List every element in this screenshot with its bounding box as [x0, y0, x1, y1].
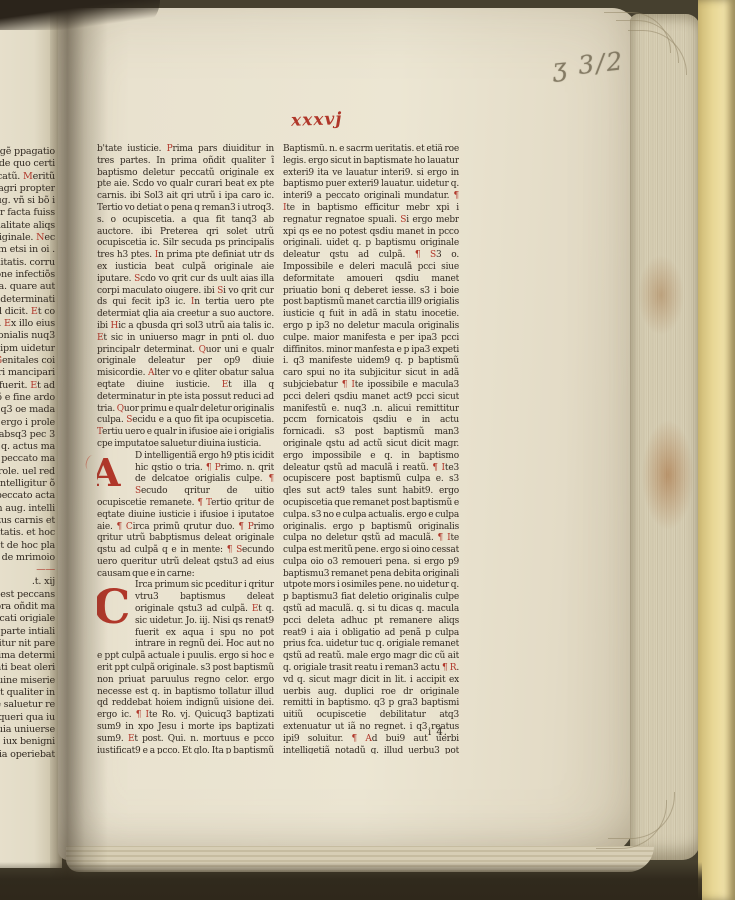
body-text: rima determi — [0, 650, 55, 661]
right-text-column: Baptismũ. n. e sacrm ueritatis. et etiã … — [283, 144, 459, 754]
facing-page-text-line: ã est peccans — [0, 589, 55, 601]
body-text: 3 o. Impossibile e deleri maculã pcci si… — [283, 250, 459, 390]
body-text: ditur nit pare — [0, 638, 55, 649]
rubricated-text: ¶ S — [227, 545, 242, 555]
body-text: . nam etsi in oi — [0, 244, 55, 255]
page-fore-edge — [630, 14, 700, 860]
body-text: originale. — [0, 232, 36, 243]
body-text: t parte intiali — [0, 626, 55, 637]
body-text: ntatis. et hoc — [0, 527, 55, 538]
body-text: cati beat oleri — [0, 662, 55, 673]
body-text: õ de quo certi — [0, 158, 55, 169]
body-text: aug. vñ si bõ i — [0, 195, 55, 206]
rubricated-text: Q — [199, 345, 206, 355]
body-text: te ipossibile e macula3 pcci deleri qsdi… — [283, 380, 459, 473]
body-text: t co — [38, 306, 55, 317]
rubricated-initial: A — [97, 452, 133, 497]
body-text: legẽ ppagatio — [0, 146, 55, 157]
rubricated-text: ¶ R — [442, 663, 456, 673]
vellum-cover — [698, 0, 735, 900]
body-text: õ iux benigni — [0, 736, 55, 747]
facing-page-text-line: ri mancipari — [0, 367, 55, 379]
body-text: enitales coi — [2, 355, 55, 366]
rubricated-text: E — [31, 306, 38, 317]
body-text: oc ipm uidetur — [0, 343, 55, 354]
shadow — [0, 862, 702, 900]
facing-page-text-line: legẽ ppagatio — [0, 146, 55, 158]
facing-page-text-line: rone infectiõs — [0, 269, 55, 281]
body-text: imonialis nuq3 — [0, 330, 55, 341]
facing-page-text-line: ritus carnis et — [0, 515, 55, 527]
body-text: et de hoc pla — [0, 540, 55, 551]
facing-page-text-line: magri propter — [0, 183, 55, 195]
facing-page-text-line: quia uniuerse — [0, 724, 55, 736]
facing-page-text-line: pra oñdit ma — [0, 601, 55, 613]
body-text: x illo eius — [11, 318, 55, 329]
body-text: ia determinati — [0, 294, 55, 305]
facing-page-text-line: uod dicit. Et co — [0, 306, 55, 318]
rubricated-text: ¶ I — [438, 533, 451, 543]
facing-page-text-line: õ iux benigni — [0, 736, 55, 748]
facing-page-text-line: ditur nit pare — [0, 638, 55, 650]
facing-page-text-line: prole. uel red — [0, 466, 55, 478]
body-text: at qualiter in — [0, 687, 55, 698]
rubricated-text: —— — [36, 564, 55, 575]
rubricated-text: Q — [117, 404, 124, 414]
facing-page-text-line: tia operiebat — [0, 749, 55, 761]
text-block: b'tate iusticie. Prima pars diuiditur in… — [97, 144, 274, 451]
facing-page-text-line: originale. Nec — [0, 232, 55, 244]
facing-page-text-line: õ e fine ardo — [0, 392, 55, 404]
body-text: ani peccato ma — [0, 453, 55, 464]
body-text: tiua. quare aut — [0, 281, 55, 292]
body-text: t ad — [37, 380, 55, 391]
body-text: est q. actus ma — [0, 441, 55, 452]
body-text: ertiu uero e qualr in ifusioe aie i orig… — [97, 427, 274, 449]
rubricated-text: E — [30, 380, 37, 391]
rubricated-text: ¶ I — [136, 710, 149, 720]
facing-page-text-line: le peccato acta — [0, 490, 55, 502]
rubricated-initial: C — [97, 582, 133, 639]
facing-page-text-line: um aug. intelli — [0, 503, 55, 515]
facing-page-text-line: õ de quo certi — [0, 158, 55, 170]
text-block: AD intelligentiã ergo h9 ptis icidit hic… — [97, 451, 274, 581]
facing-page-text-line: iuine miserie — [0, 675, 55, 687]
facing-page-text-line: eccati origiale — [0, 613, 55, 625]
facing-page-text-line: e. q3 oe mada — [0, 404, 55, 416]
facing-page-text-line: ia determinati — [0, 294, 55, 306]
body-text: ri mancipari — [0, 367, 55, 378]
body-text: alitatis. corru — [0, 257, 55, 268]
facing-page-text-line: imonialis nuq3 — [0, 330, 55, 342]
facing-page-text-line: cati beat oleri — [0, 662, 55, 674]
body-text: ritus carnis et — [0, 515, 55, 526]
rubricated-text: ¶ I — [342, 380, 355, 390]
body-text: efuerit. — [0, 380, 30, 391]
left-text-column: b'tate iusticie. Prima pars diuiditur in… — [97, 144, 274, 754]
facing-page-text-line: e saluetur re — [0, 699, 55, 711]
body-text: rone infectiõs — [0, 269, 55, 280]
facing-page-text-line: tiua. quare aut — [0, 281, 55, 293]
body-text: quia uniuerse — [0, 724, 55, 735]
body-text: ic a qbusda qri sol3 utrũ aia talis ic. — [118, 321, 274, 331]
body-text: a de mrimoio — [0, 552, 55, 563]
facing-page-text-line: intelligitur õ — [0, 478, 55, 490]
body-text: irca primũ qrutur duo. — [133, 522, 239, 532]
rubricated-text: ¶ I — [432, 463, 445, 473]
body-text: te3 ocupiscere post baptismũ culpa e. s3… — [283, 463, 459, 544]
body-text: penalitate aliqs — [0, 220, 55, 231]
facing-page-text-line: aug. vñ si bõ i — [0, 195, 55, 207]
facing-page-text-line: c. Ex illo eius — [0, 318, 55, 330]
rubricated-text: M — [23, 171, 33, 182]
body-text: ccatũ. — [0, 171, 23, 182]
facing-page-edge: legẽ ppagatioõ de quo certiccatũ. Meritũ… — [0, 6, 62, 868]
quire-signature: i 4. — [428, 727, 448, 738]
rubricated-text: E — [4, 318, 11, 329]
facing-page-text-line: at qualiter in — [0, 687, 55, 699]
body-text: 3 dei absq3 pec — [0, 429, 55, 440]
facing-page-text-line: t queri qua iu — [0, 712, 55, 724]
facing-page-text: legẽ ppagatioõ de quo certiccatũ. Meritũ… — [0, 146, 55, 764]
body-text: õ e fine ardo — [0, 392, 55, 403]
body-text: eccati origiale — [0, 613, 55, 624]
rubricated-text: ¶ S — [415, 250, 436, 260]
facing-page-text-line: t. xij. — [0, 576, 55, 588]
facing-page-text-line: liter facta fuiss — [0, 207, 55, 219]
facing-page-text-line: est q. actus ma — [0, 441, 55, 453]
body-text: magri propter — [0, 183, 55, 194]
body-text: rima pars diuiditur in tres partes. In p… — [97, 144, 274, 260]
body-text: ecidu e a quo fit ipa ocupiscetia. — [132, 415, 274, 425]
facing-page-text-line: rima determi — [0, 650, 55, 662]
body-text: uod dicit. — [0, 306, 31, 317]
facing-page-text-line: a de mrimoio — [0, 552, 55, 564]
body-text: um aug. intelli — [0, 503, 55, 514]
facing-page-text-line: penalitate aliqs — [0, 220, 55, 232]
body-text: eritũ — [33, 171, 55, 182]
body-text: t. xij. — [32, 576, 55, 587]
facing-page-text-line: ntatis. et hoc — [0, 527, 55, 539]
body-text: Baptismũ. n. e sacrm ueritatis. et etiã … — [283, 144, 459, 201]
rubricated-text: ¶ T — [197, 498, 211, 508]
body-text: liter facta fuiss — [0, 207, 55, 218]
text-block: CIrca primum sic pceditur i qritur vtru3… — [97, 580, 274, 754]
facing-page-text-line: t parte intiali — [0, 626, 55, 638]
rubricated-text: ¶ P — [238, 522, 253, 532]
body-text: le peccato acta — [0, 490, 55, 501]
body-text: intelligitur õ — [0, 478, 55, 489]
body-text: iuine miserie — [0, 675, 55, 686]
body-text: e. q3 oe mada — [0, 404, 55, 415]
body-text: te culpa est meritũ pene. ergo si oino c… — [283, 533, 459, 673]
body-text: ec — [44, 232, 55, 243]
facing-page-text-line: ri. ergo i prole — [0, 417, 55, 429]
body-text: prole. uel red — [0, 466, 55, 477]
body-text: t queri qua iu — [0, 712, 55, 723]
rubricated-text: ¶ C — [117, 522, 133, 532]
facing-page-text-line: . nam etsi in oi — [0, 244, 55, 256]
facing-page-text-line: Genitales coi — [0, 355, 55, 367]
folio-number: xxxvj — [291, 109, 343, 131]
text-block: Baptismũ. n. e sacrm ueritatis. et etiã … — [283, 144, 459, 754]
facing-page-text-line: ani peccato ma — [0, 453, 55, 465]
body-text: tia operiebat — [0, 749, 55, 760]
facing-page-text-line: oc ipm uidetur — [0, 343, 55, 355]
rubricated-text: ¶ P — [206, 463, 221, 473]
facing-page-text-line: et de hoc pla — [0, 540, 55, 552]
body-text: pra oñdit ma — [0, 601, 55, 612]
body-text: ã est peccans — [0, 589, 55, 600]
facing-page-text-line: 3 dei absq3 pec — [0, 429, 55, 441]
binding-edge — [0, 0, 160, 30]
body-text: e saluetur re — [0, 699, 55, 710]
facing-page-text-line: ccatũ. Meritũ — [0, 171, 55, 183]
facing-page-text-line: —— — [0, 564, 55, 576]
facing-page-text-line: alitatis. corru — [0, 257, 55, 269]
book-photo: legẽ ppagatioõ de quo certiccatũ. Meritũ… — [0, 0, 735, 900]
body-text: b'tate iusticie. — [97, 144, 167, 154]
facing-page-text-line: efuerit. Et ad — [0, 380, 55, 392]
body-text: ri. ergo i prole — [0, 417, 55, 428]
rubricated-text: ¶ A — [352, 734, 372, 744]
